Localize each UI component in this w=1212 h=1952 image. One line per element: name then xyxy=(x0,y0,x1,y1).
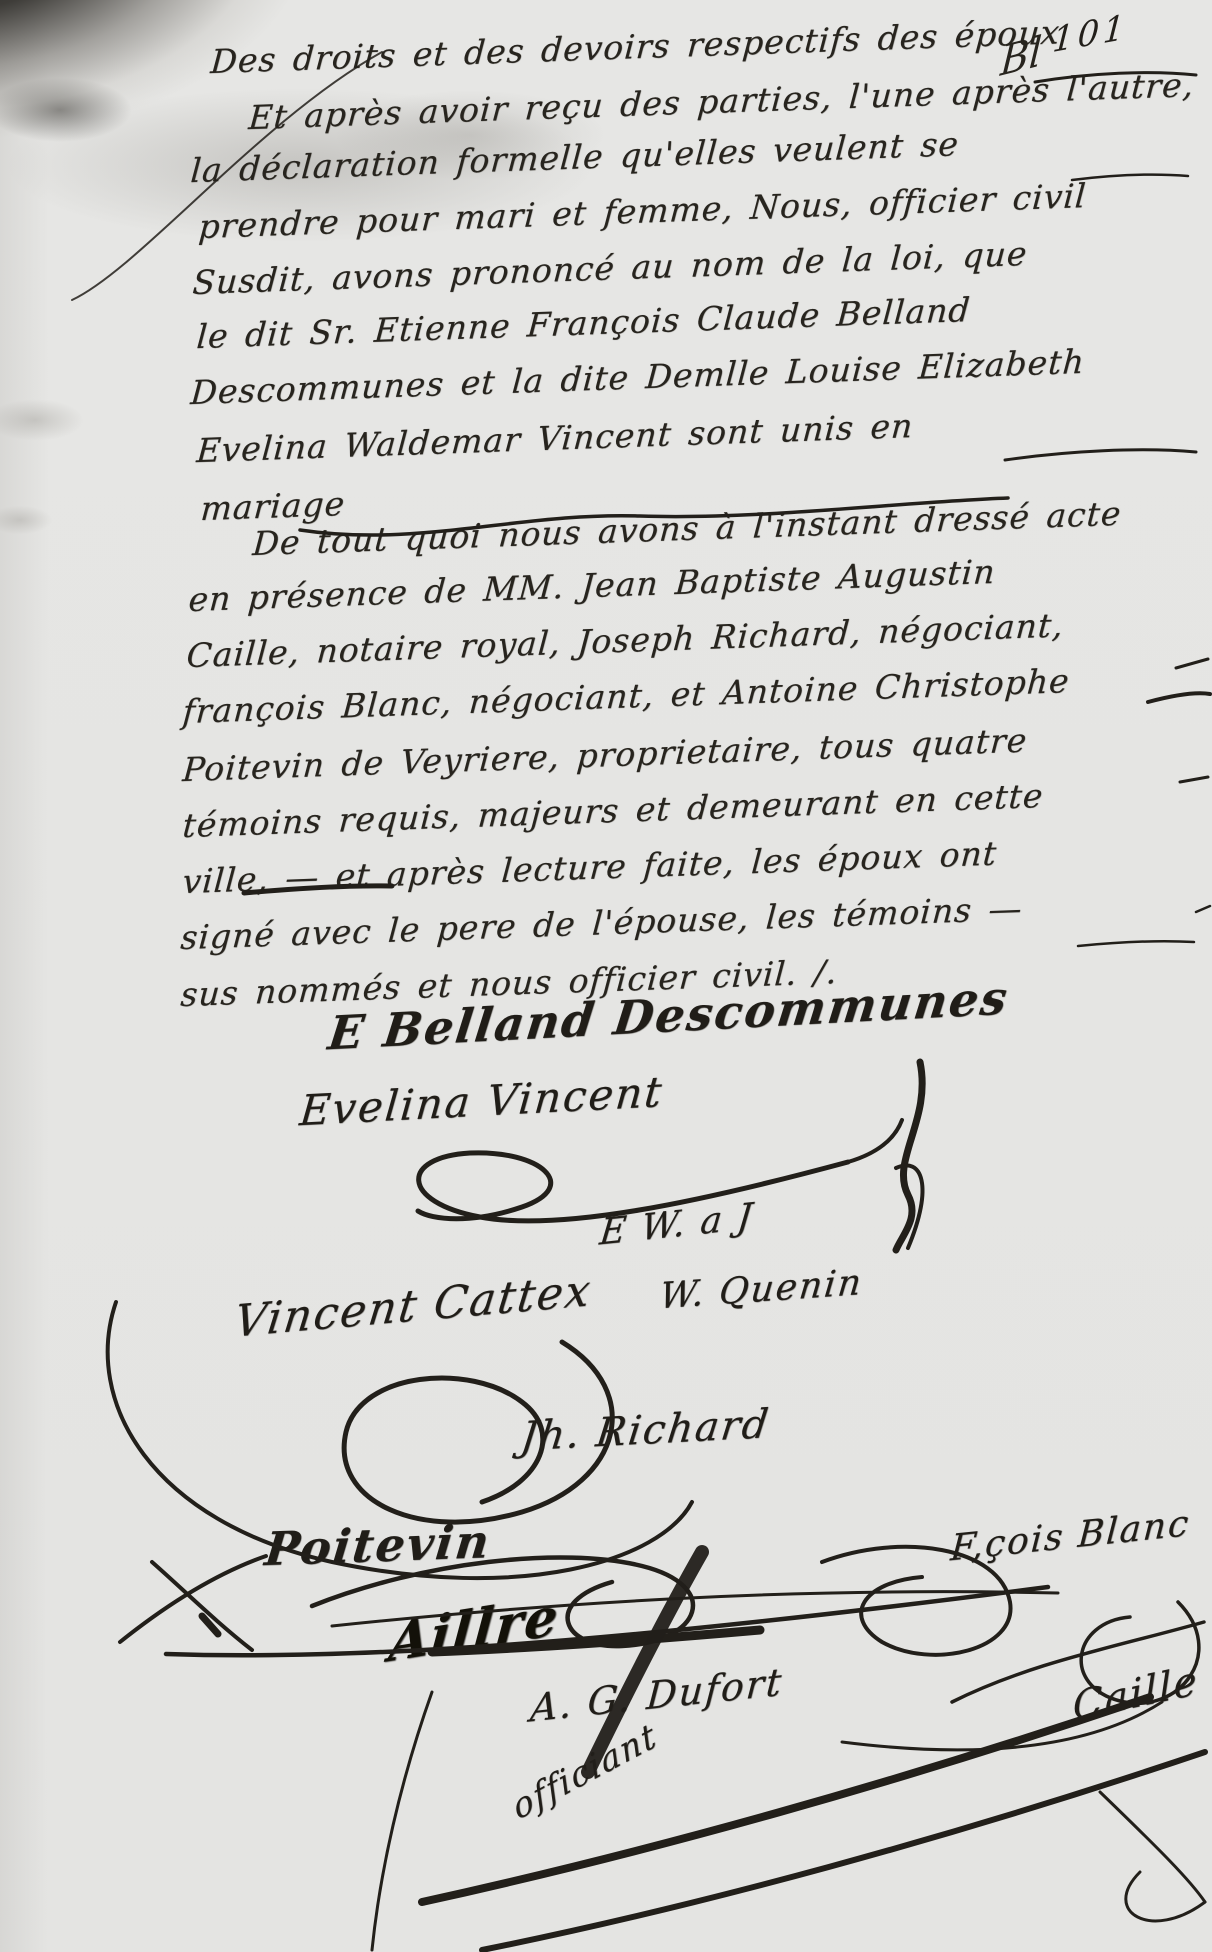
ink-flourishes xyxy=(0,0,1212,1952)
scanned-document-page: 101 Bl Des droits et des devoirs respect… xyxy=(0,0,1212,1952)
